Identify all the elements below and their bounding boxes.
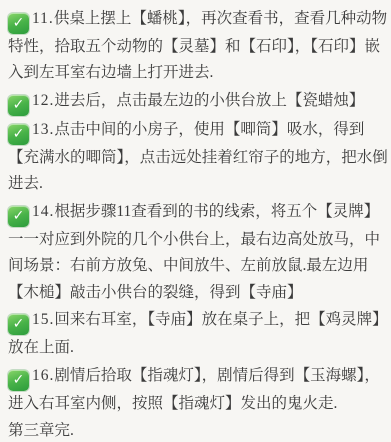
walkthrough-step-11: ✓11.供桌上摆上【蟠桃】，再次查看书，查看几种动物特性，拾取五个动物的【灵墓】… xyxy=(8,6,391,87)
step-text: 点击中间的小房子，使用【唧筒】吸水，得到【充满水的唧筒】，点击远处挂着红帘子的地… xyxy=(8,121,388,192)
green-check-emoji-icon: ✓ xyxy=(8,370,29,391)
step-number: 13. xyxy=(32,121,54,138)
check-glyph: ✓ xyxy=(13,367,25,394)
step-number: 16. xyxy=(32,367,54,384)
walkthrough-text-block: ✓11.供桌上摆上【蟠桃】，再次查看书，查看几种动物特性，拾取五个动物的【灵墓】… xyxy=(0,0,391,442)
step-text: 供桌上摆上【蟠桃】，再次查看书，查看几种动物特性，拾取五个动物的【灵墓】和【石印… xyxy=(8,10,387,81)
check-glyph: ✓ xyxy=(13,121,25,148)
walkthrough-step-13: ✓13.点击中间的小房子，使用【唧筒】吸水，得到【充满水的唧筒】，点击远处挂着红… xyxy=(8,117,391,198)
step-text: 剧情后拾取【指魂灯】，剧情后得到【玉海螺】，进入右耳室内侧，按照【指魂灯】发出的… xyxy=(8,367,380,412)
step-text: 根据步骤11查看到的书的线索，将五个【灵牌】一一对应到外院的几个小供台上，最右边… xyxy=(8,203,380,301)
check-glyph: ✓ xyxy=(13,203,25,230)
green-check-emoji-icon: ✓ xyxy=(8,314,29,335)
step-text: 进去后，点击最左边的小供台放上【瓷蜡烛】 xyxy=(54,92,364,109)
green-check-emoji-icon: ✓ xyxy=(8,124,29,145)
check-glyph: ✓ xyxy=(13,311,25,338)
step-number: 15. xyxy=(32,311,54,328)
green-check-emoji-icon: ✓ xyxy=(8,206,29,227)
step-text: 回来右耳室，【寺庙】放在桌子上，把【鸡灵牌】放在上面. xyxy=(8,311,388,356)
green-check-emoji-icon: ✓ xyxy=(8,95,29,116)
walkthrough-step-12: ✓12.进去后，点击最左边的小供台放上【瓷蜡烛】 xyxy=(8,88,391,116)
step-number: 11. xyxy=(32,10,54,27)
check-glyph: ✓ xyxy=(13,10,25,37)
walkthrough-step-14: ✓14.根据步骤11查看到的书的线索，将五个【灵牌】一一对应到外院的几个小供台上… xyxy=(8,199,391,307)
check-glyph: ✓ xyxy=(13,92,25,119)
step-number: 12. xyxy=(32,92,54,109)
chapter-end-note: 第三章完. xyxy=(8,418,391,442)
walkthrough-step-15: ✓15.回来右耳室，【寺庙】放在桌子上，把【鸡灵牌】放在上面. xyxy=(8,307,391,361)
green-check-emoji-icon: ✓ xyxy=(8,13,29,34)
step-number: 14. xyxy=(32,203,54,220)
walkthrough-step-16: ✓16.剧情后拾取【指魂灯】，剧情后得到【玉海螺】，进入右耳室内侧，按照【指魂灯… xyxy=(8,363,391,417)
